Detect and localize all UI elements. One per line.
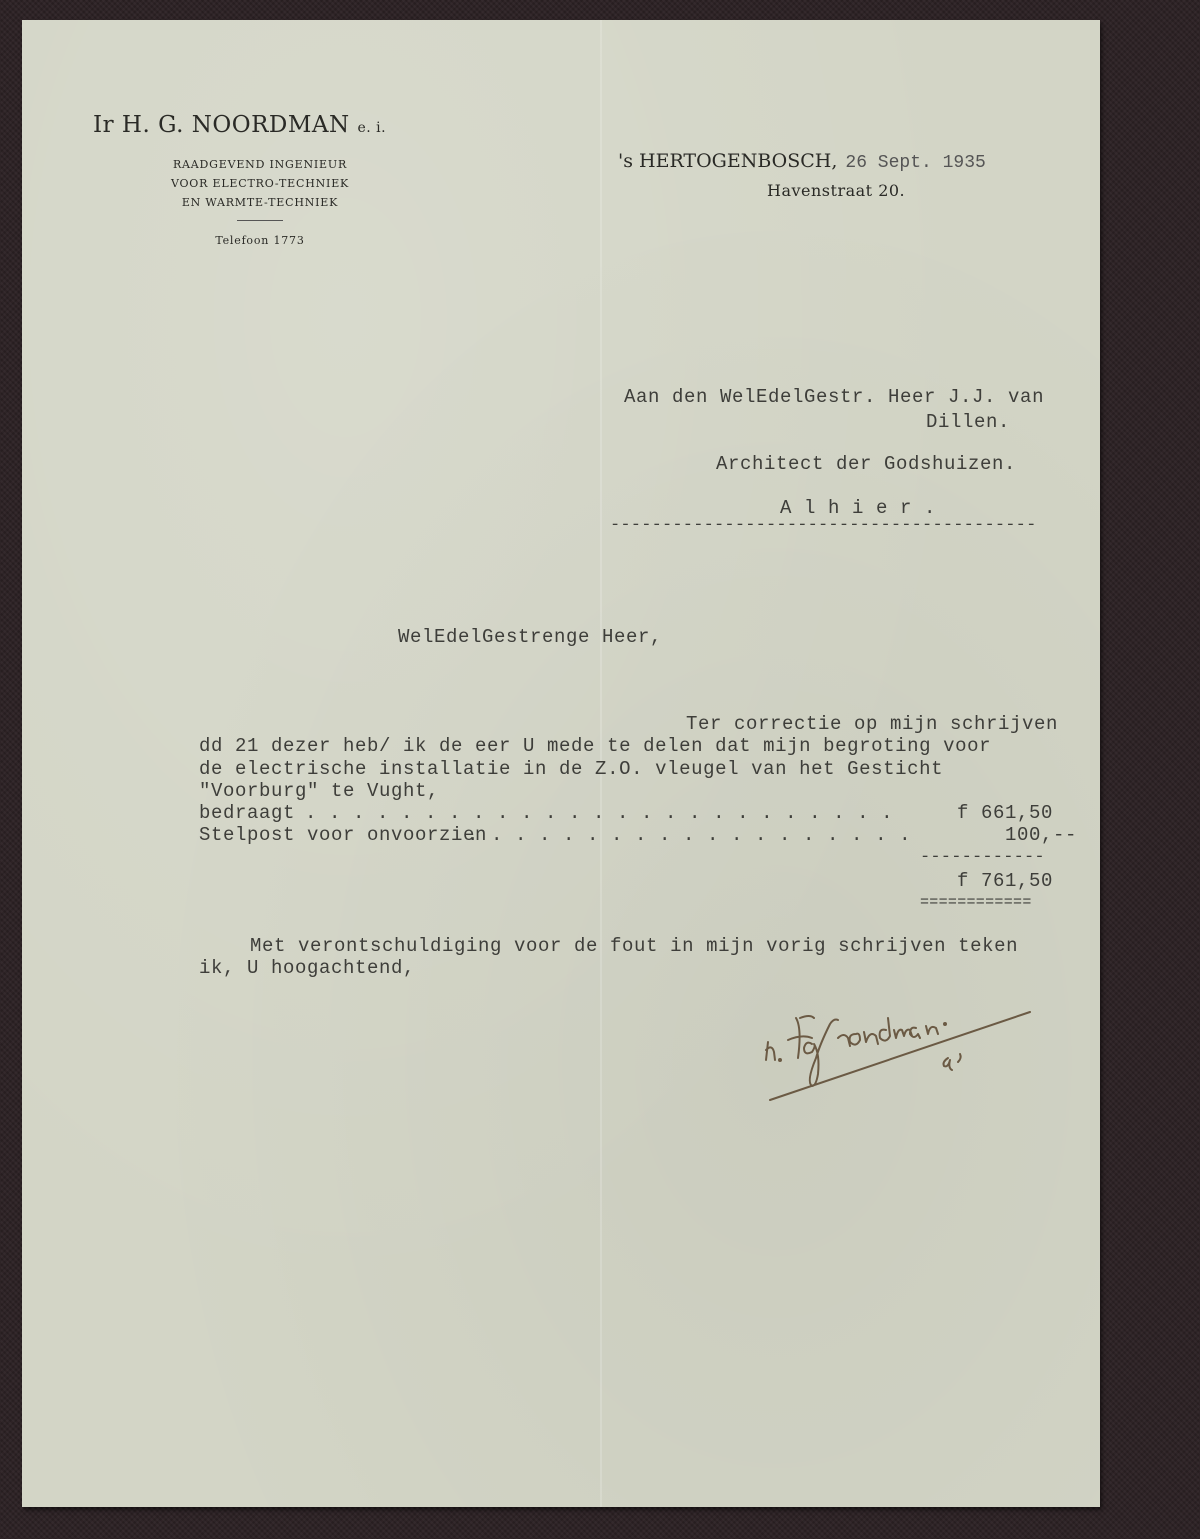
handwritten-signature — [760, 1000, 1060, 1120]
subtotal-rule: ------------ — [920, 848, 1045, 867]
closing-line-2: ik, U hoogachtend, — [199, 957, 415, 979]
letterhead-divider — [237, 220, 283, 221]
letterhead-line: RAADGEVEND INGENIEUR — [160, 155, 360, 174]
recipient-line-1: Aan den WelEdelGestr. Heer J.J. van — [624, 386, 1044, 408]
city: 's HERTOGENBOSCH, — [618, 150, 837, 172]
body-line-3: de electrische installatie in de Z.O. vl… — [199, 758, 943, 780]
letterhead-line: EN WARMTE-TECHNIEK — [160, 193, 360, 212]
telephone: Telefoon 1773 — [160, 231, 360, 250]
total-double-rule: ============ — [920, 894, 1032, 911]
cost-item-leader: . . . . . . . . . . . . . . . . . . . — [455, 824, 911, 846]
engineer-name: H. G. NOORDMAN — [122, 112, 350, 138]
name-prefix: Ir — [93, 112, 114, 138]
total-amount: f 761,50 — [957, 870, 1053, 892]
letterhead-city-date: 's HERTOGENBOSCH,26 Sept. 1935 — [618, 150, 986, 173]
street-address: Havenstraat 20. — [767, 181, 905, 200]
cost-item-label: bedraagt — [199, 802, 295, 824]
cost-item-leader: . . . . . . . . . . . . . . . . . . . . … — [293, 802, 893, 824]
cost-item-amount: f 661,50 — [957, 802, 1053, 824]
body-line-1: Ter correctie op mijn schrijven — [686, 713, 1058, 735]
cost-item-label: Stelpost voor onvoorzien — [199, 824, 487, 846]
body-line-4: "Voorburg" te Vught, — [199, 780, 439, 802]
recipient-line-2: Dillen. — [926, 411, 1010, 433]
letterhead-line: VOOR ELECTRO-TECHNIEK — [160, 174, 360, 193]
salutation: WelEdelGestrenge Heer, — [398, 626, 662, 648]
recipient-title: Architect der Godshuizen. — [716, 453, 1016, 475]
address-rule: ----------------------------------------… — [610, 516, 1036, 535]
closing-line-1: Met verontschuldiging voor de fout in mi… — [250, 935, 1018, 957]
name-suffix: e. i. — [357, 120, 386, 136]
letterhead-subtitle: RAADGEVEND INGENIEUR VOOR ELECTRO-TECHNI… — [160, 155, 360, 250]
letterhead-name: Ir H. G. NOORDMAN e. i. — [93, 112, 386, 138]
letter-date: 26 Sept. 1935 — [845, 153, 985, 173]
cost-item-amount: 100,-- — [1005, 824, 1077, 846]
body-line-2: dd 21 dezer heb/ ik de eer U mede te del… — [199, 735, 991, 757]
